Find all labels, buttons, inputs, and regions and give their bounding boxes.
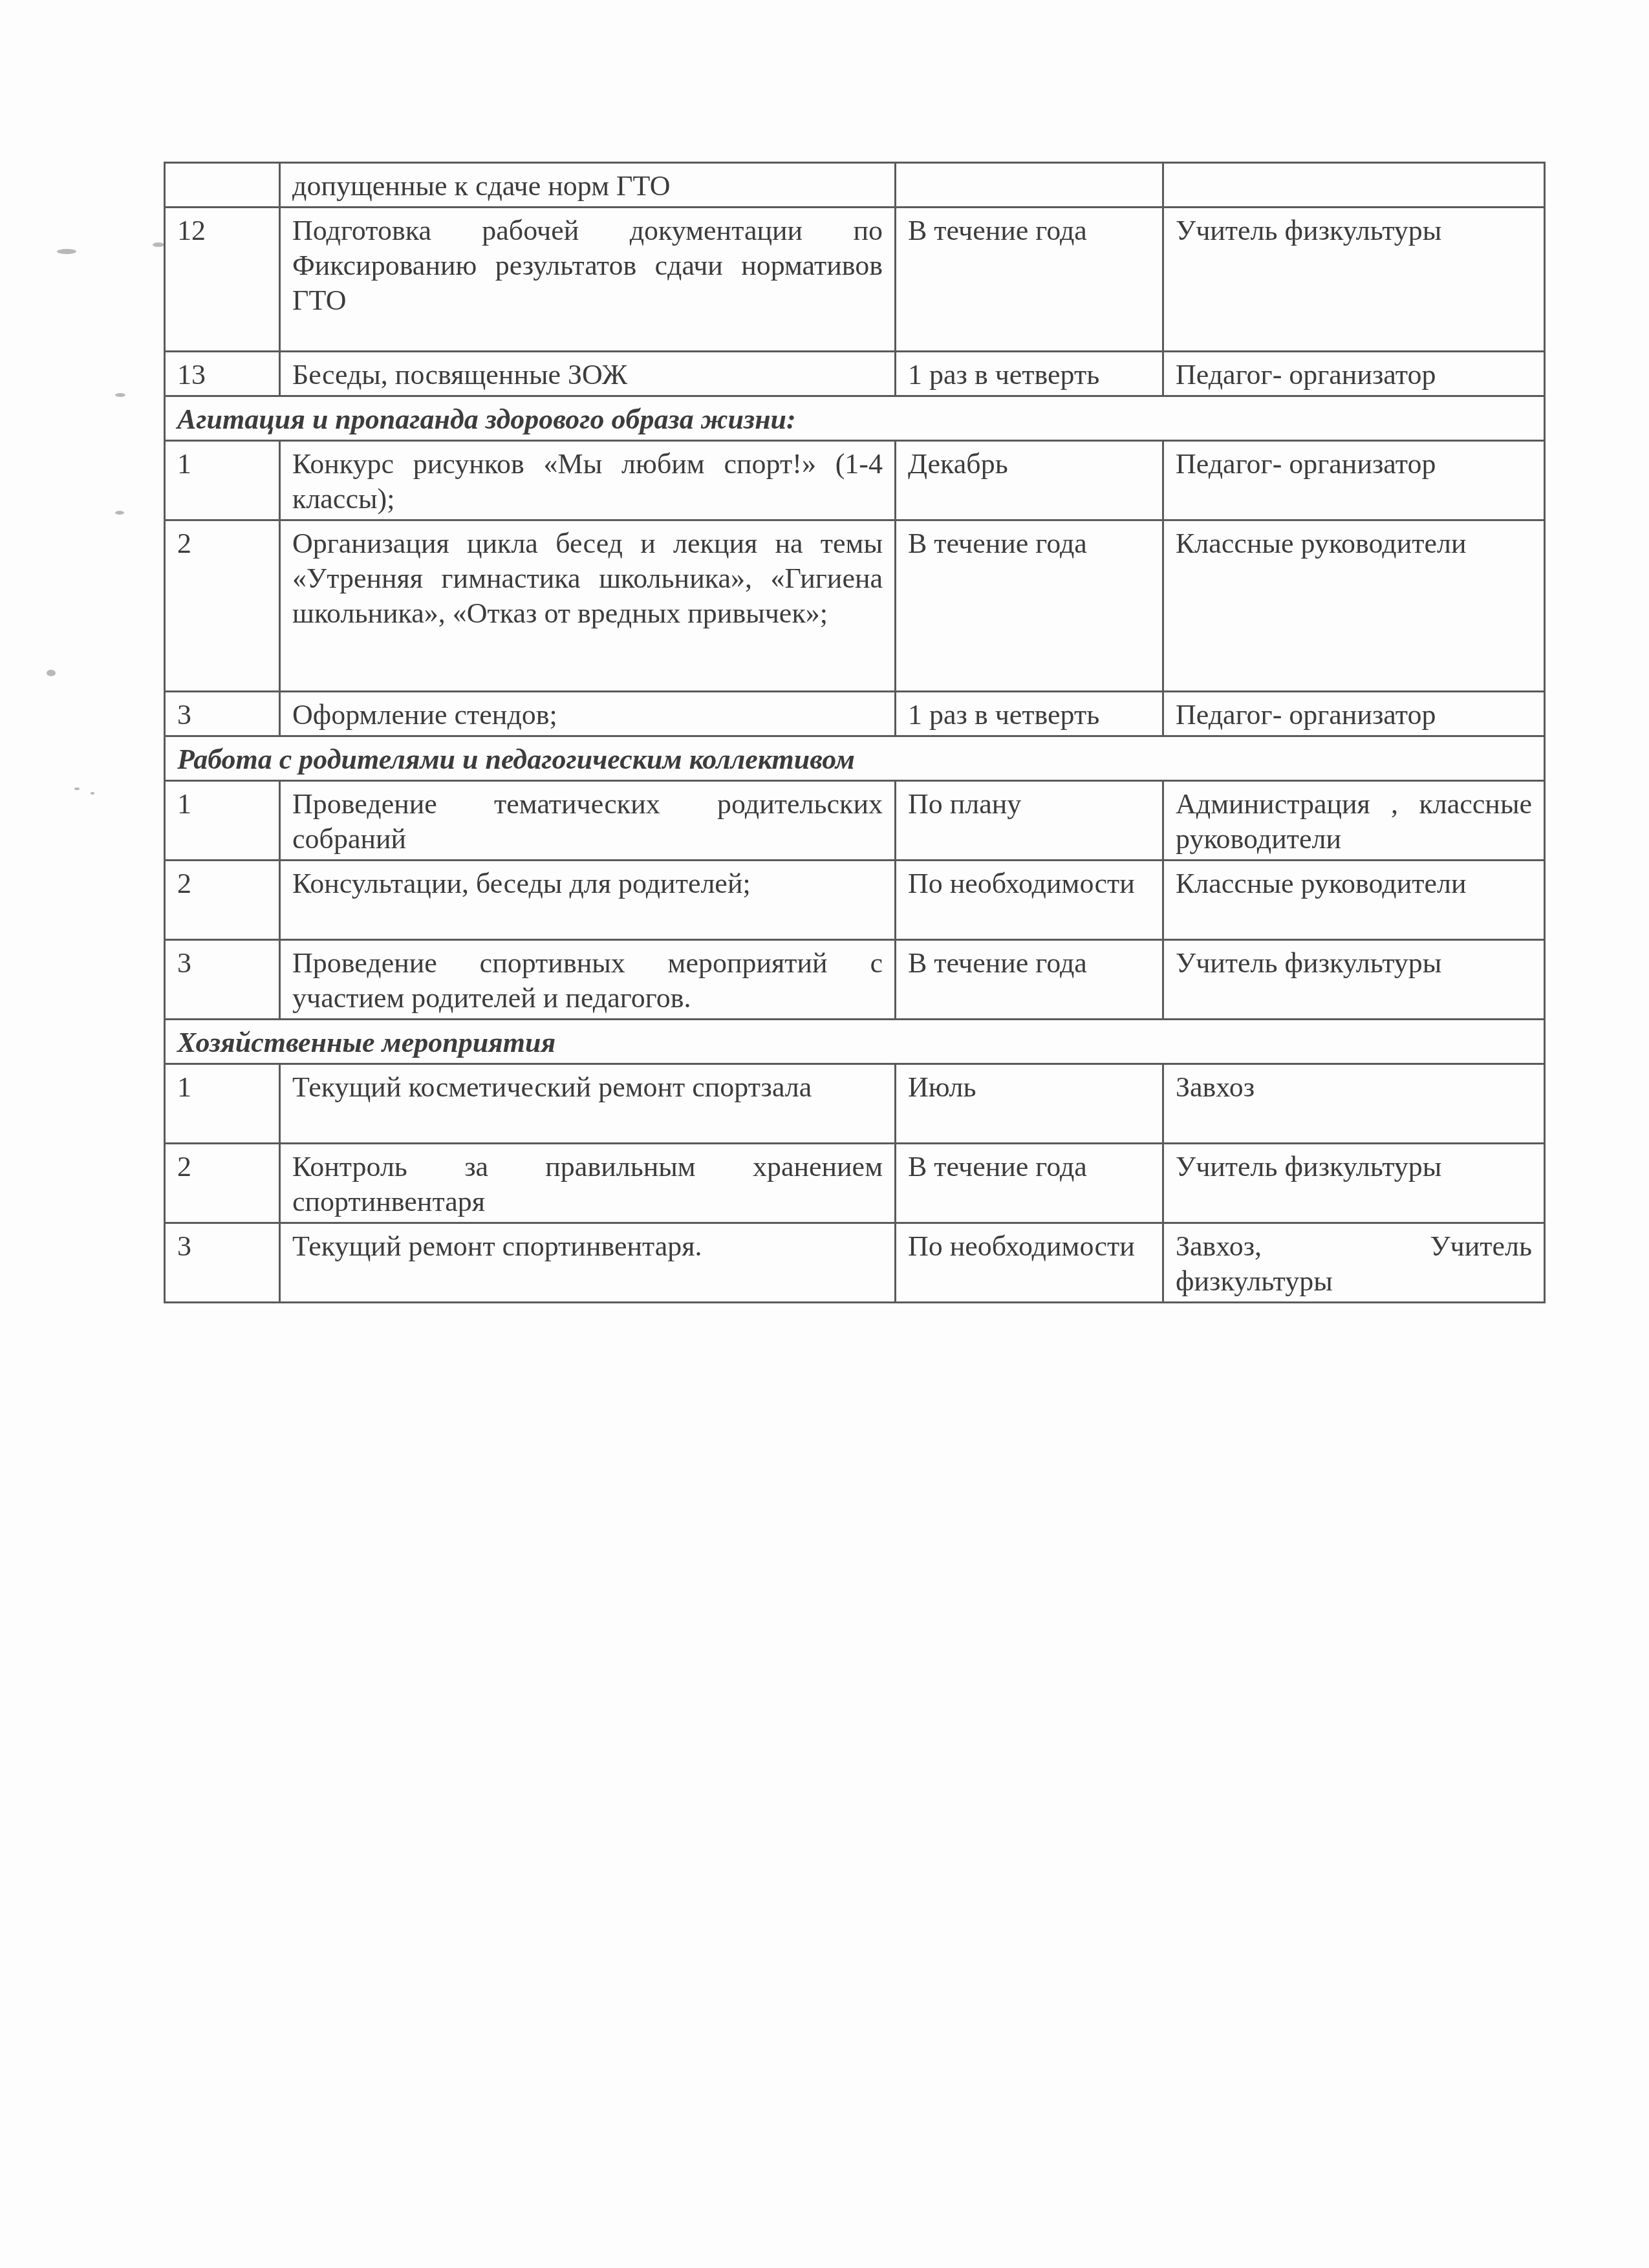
row-activity: Текущий косметический ремонт спортзала (280, 1064, 896, 1144)
row-number: 3 (165, 692, 280, 736)
table-row: 13 Беседы, посвященные ЗОЖ 1 раз в четве… (165, 352, 1545, 396)
table-row: 3 Оформление стендов; 1 раз в четверть П… (165, 692, 1545, 736)
row-number: 2 (165, 520, 280, 692)
row-number (165, 163, 280, 208)
section-header-row: Работа с родителями и педагогическим кол… (165, 736, 1545, 781)
table-row: 2 Контроль за правильным хранением спорт… (165, 1144, 1545, 1223)
table-row: 3 Текущий ремонт спортинвентаря. По необ… (165, 1223, 1545, 1303)
row-activity: Организация цикла бесед и лекция на темы… (280, 520, 896, 692)
row-timing: В течение года (896, 520, 1163, 692)
scan-artifact (153, 242, 164, 247)
row-responsible: Педагог- организатор (1163, 352, 1545, 396)
row-number: 3 (165, 1223, 280, 1303)
row-number: 2 (165, 861, 280, 940)
scan-artifact (57, 249, 76, 254)
row-number: 12 (165, 208, 280, 352)
row-number: 1 (165, 781, 280, 861)
scan-artifact (115, 511, 124, 515)
row-timing: В течение года (896, 208, 1163, 352)
scanned-page: допущенные к сдаче норм ГТО 12 Подготовк… (0, 0, 1649, 2268)
row-timing: В течение года (896, 1144, 1163, 1223)
row-activity: Контроль за правильным хранением спортин… (280, 1144, 896, 1223)
row-timing (896, 163, 1163, 208)
row-activity: Подготовка рабочей документации по Фикси… (280, 208, 896, 352)
table-row: 2 Организация цикла бесед и лекция на те… (165, 520, 1545, 692)
table-row: 3 Проведение спортивных мероприятий с уч… (165, 940, 1545, 1020)
row-activity: Консультации, беседы для родителей; (280, 861, 896, 940)
row-responsible: Завхоз, Учитель физкультуры (1163, 1223, 1545, 1303)
row-responsible: Педагог- организатор (1163, 441, 1545, 520)
row-responsible: Учитель физкультуры (1163, 1144, 1545, 1223)
table-row: 2 Консультации, беседы для родителей; По… (165, 861, 1545, 940)
row-timing: По необходимости (896, 1223, 1163, 1303)
row-activity: допущенные к сдаче норм ГТО (280, 163, 896, 208)
table-row: 1 Текущий косметический ремонт спортзала… (165, 1064, 1545, 1144)
scan-artifact (115, 393, 125, 397)
scan-artifact (47, 670, 56, 676)
section-title: Хозяйственные мероприятия (165, 1020, 1545, 1064)
row-number: 1 (165, 1064, 280, 1144)
table-row: 1 Конкурс рисунков «Мы любим спорт!» (1-… (165, 441, 1545, 520)
row-responsible: Завхоз (1163, 1064, 1545, 1144)
section-title: Работа с родителями и педагогическим кол… (165, 736, 1545, 781)
row-number: 3 (165, 940, 280, 1020)
row-activity: Беседы, посвященные ЗОЖ (280, 352, 896, 396)
row-activity: Текущий ремонт спортинвентаря. (280, 1223, 896, 1303)
row-responsible: Классные руководители (1163, 520, 1545, 692)
row-timing: Июль (896, 1064, 1163, 1144)
section-title: Агитация и пропаганда здорового образа ж… (165, 396, 1545, 441)
row-number: 2 (165, 1144, 280, 1223)
row-activity: Проведение тематических родительских соб… (280, 781, 896, 861)
row-timing: 1 раз в четверть (896, 692, 1163, 736)
row-responsible: Педагог- организатор (1163, 692, 1545, 736)
table-row: 1 Проведение тематических родительских с… (165, 781, 1545, 861)
row-timing: В течение года (896, 940, 1163, 1020)
row-timing: По плану (896, 781, 1163, 861)
scan-artifact (74, 787, 80, 790)
table-row: 12 Подготовка рабочей документации по Фи… (165, 208, 1545, 352)
row-responsible: Учитель физкультуры (1163, 940, 1545, 1020)
row-number: 13 (165, 352, 280, 396)
table-row: допущенные к сдаче норм ГТО (165, 163, 1545, 208)
row-responsible: Администрация , классные руководители (1163, 781, 1545, 861)
plan-table: допущенные к сдаче норм ГТО 12 Подготовк… (164, 162, 1546, 1303)
row-number: 1 (165, 441, 280, 520)
row-timing: По необходимости (896, 861, 1163, 940)
scan-artifact (91, 792, 94, 795)
row-activity: Проведение спортивных мероприятий с учас… (280, 940, 896, 1020)
row-responsible: Классные руководители (1163, 861, 1545, 940)
row-activity: Конкурс рисунков «Мы любим спорт!» (1-4 … (280, 441, 896, 520)
row-timing: Декабрь (896, 441, 1163, 520)
row-responsible (1163, 163, 1545, 208)
row-responsible: Учитель физкультуры (1163, 208, 1545, 352)
row-activity: Оформление стендов; (280, 692, 896, 736)
section-header-row: Хозяйственные мероприятия (165, 1020, 1545, 1064)
section-header-row: Агитация и пропаганда здорового образа ж… (165, 396, 1545, 441)
row-timing: 1 раз в четверть (896, 352, 1163, 396)
